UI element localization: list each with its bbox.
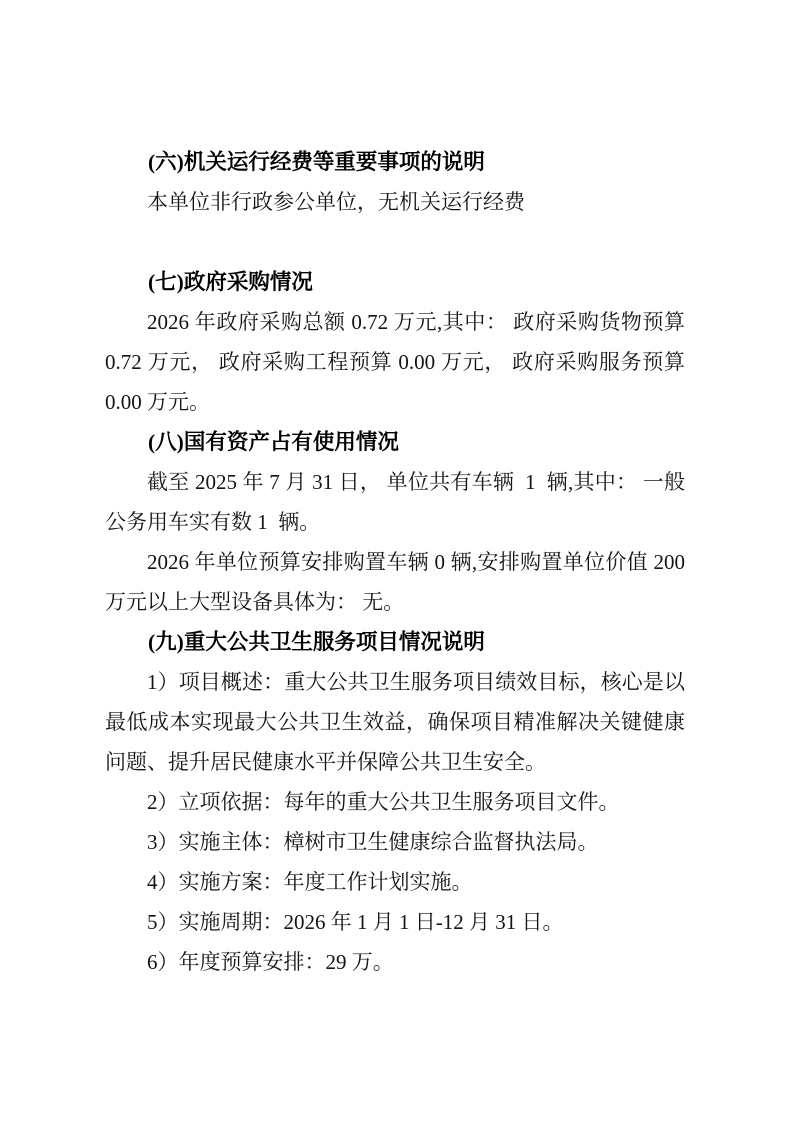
section-6-heading: (六)机关运行经费等重要事项的说明 xyxy=(105,142,685,182)
section-7-paragraph-1: 2026 年政府采购总额 0.72 万元,其中： 政府采购货物预算 0.72 万… xyxy=(105,302,685,422)
section-9-item-1: 1）项目概述：重大公共卫生服务项目绩效目标，核心是以最低成本实现最大公共卫生效益… xyxy=(105,662,685,782)
section-7-heading: (七)政府采购情况 xyxy=(105,262,685,302)
section-9-item-2: 2）立项依据：每年的重大公共卫生服务项目文件。 xyxy=(105,782,685,822)
section-6-paragraph-1: 本单位非行政参公单位，无机关运行经费 xyxy=(105,182,685,222)
document-content: (六)机关运行经费等重要事项的说明 本单位非行政参公单位，无机关运行经费 (七)… xyxy=(105,142,685,982)
section-9-item-6: 6）年度预算安排：29 万。 xyxy=(105,942,685,982)
section-9-heading: (九)重大公共卫生服务项目情况说明 xyxy=(105,622,685,662)
section-8-paragraph-1: 截至 2025 年 7 月 31 日， 单位共有车辆 1 辆,其中： 一般公务用… xyxy=(105,462,685,542)
section-9-item-3: 3）实施主体：樟树市卫生健康综合监督执法局。 xyxy=(105,822,685,862)
section-8-paragraph-2: 2026 年单位预算安排购置车辆 0 辆,安排购置单位价值 200 万元以上大型… xyxy=(105,542,685,622)
section-9-item-5: 5）实施周期：2026 年 1 月 1 日-12 月 31 日。 xyxy=(105,902,685,942)
section-9-item-4: 4）实施方案：年度工作计划实施。 xyxy=(105,862,685,902)
blank-line-spacer xyxy=(105,222,685,262)
section-8-heading: (八)国有资产占有使用情况 xyxy=(105,422,685,462)
document-page: (六)机关运行经费等重要事项的说明 本单位非行政参公单位，无机关运行经费 (七)… xyxy=(0,0,793,1122)
